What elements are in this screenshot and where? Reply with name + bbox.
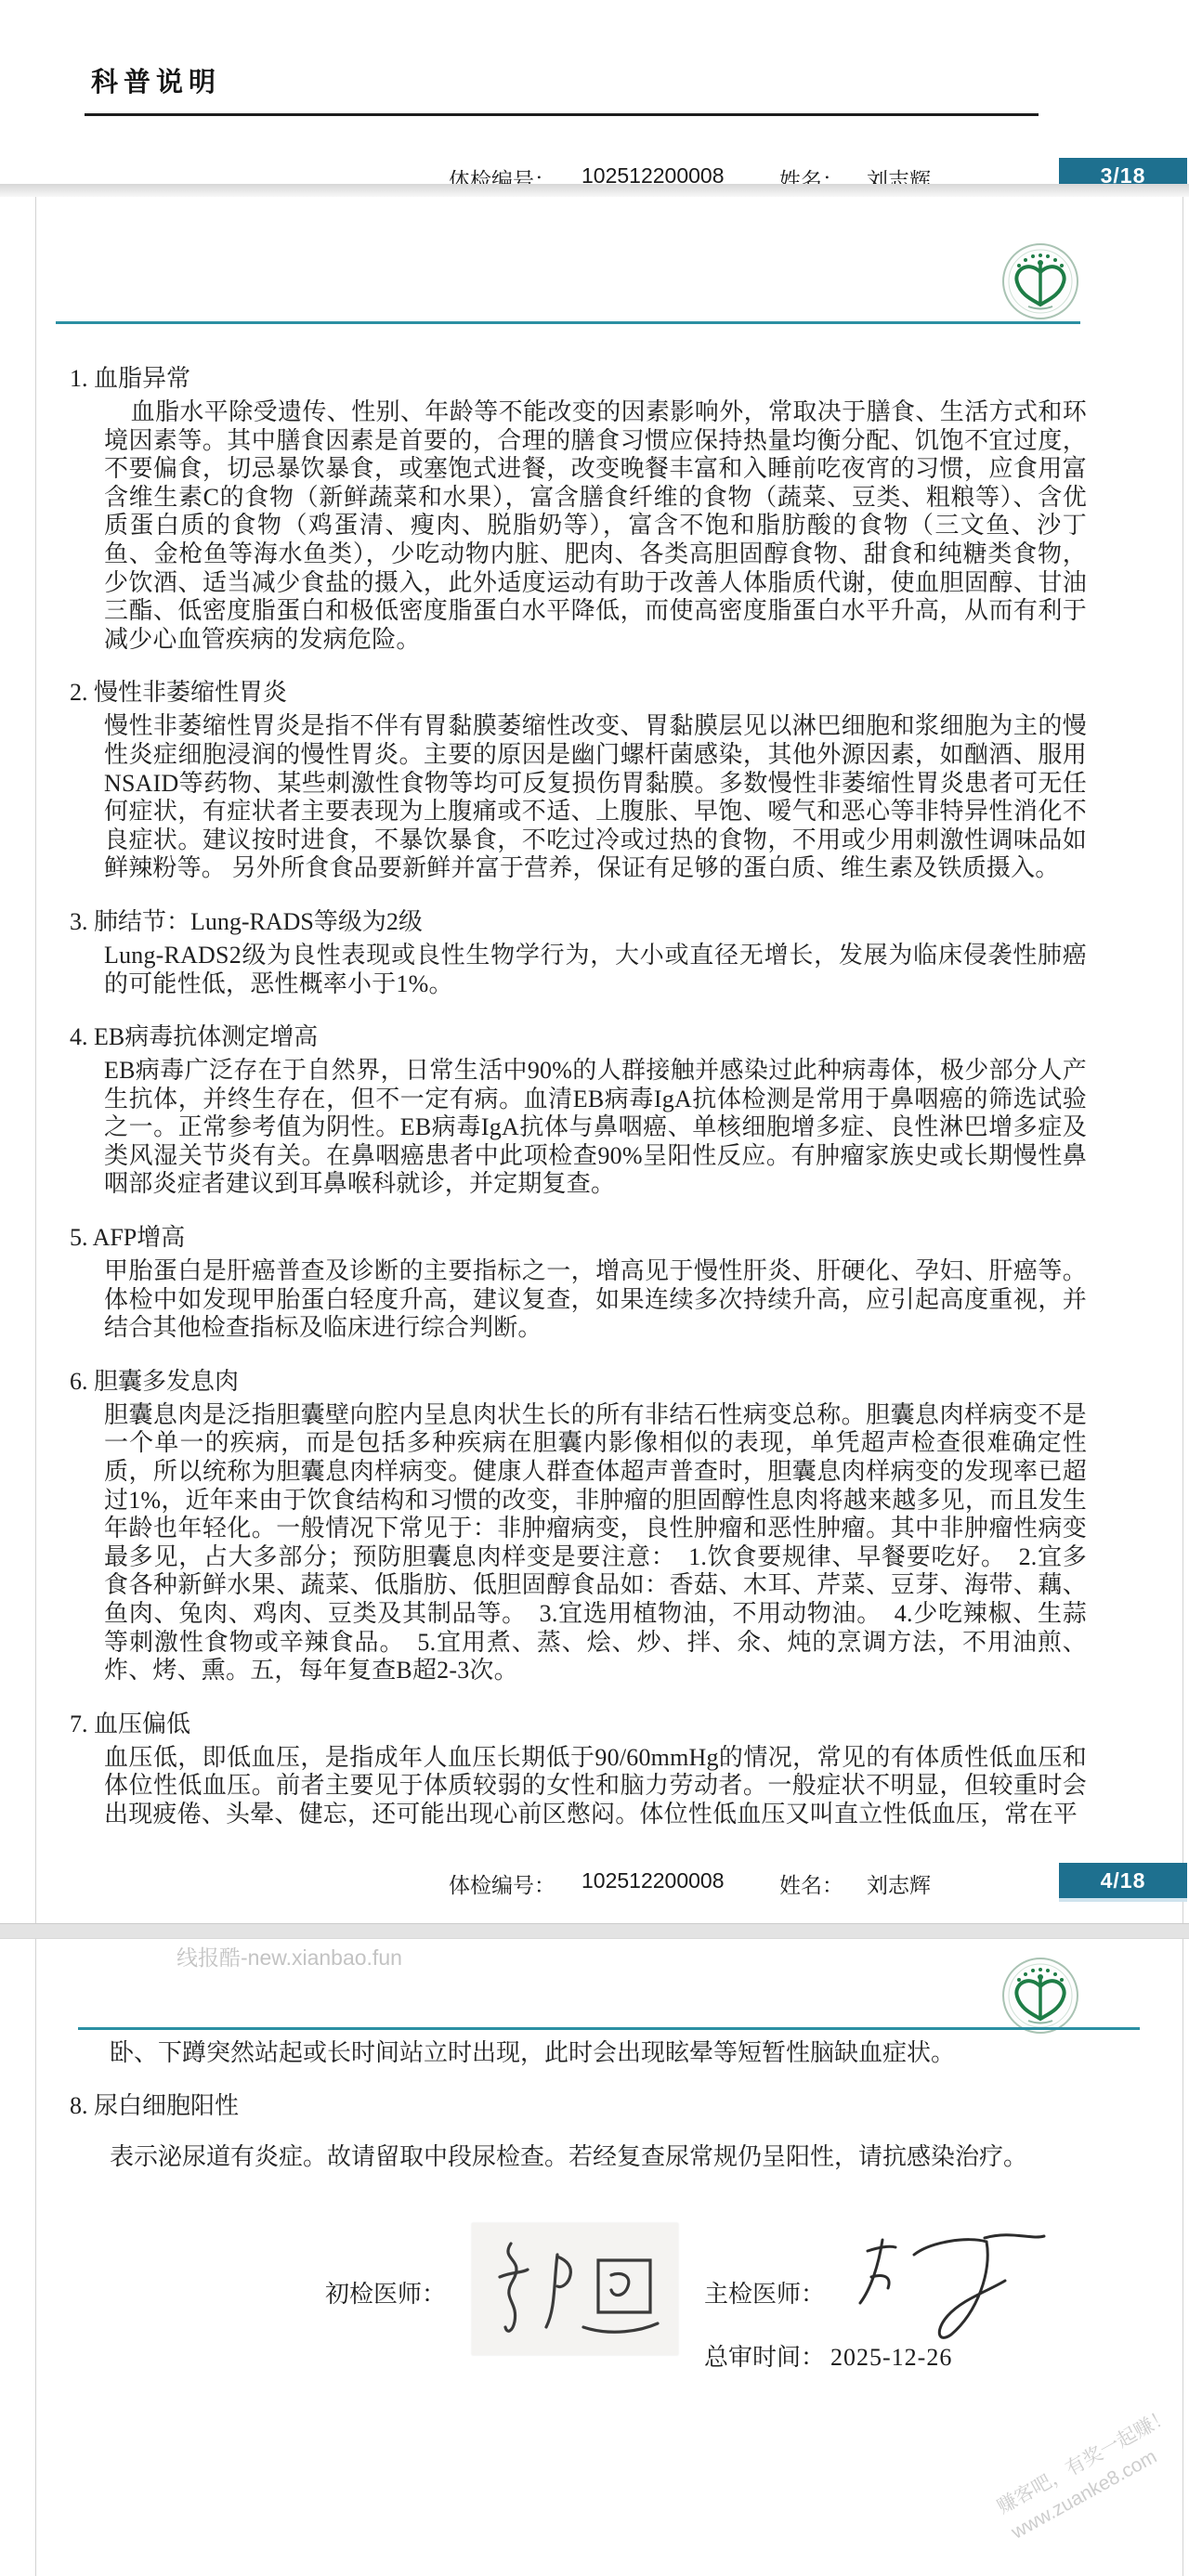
- hospital-logo-icon: [1000, 1956, 1080, 2036]
- hospital-logo-icon: [1000, 241, 1080, 321]
- section-4-heading: 4. EB病毒抗体测定增高: [70, 1022, 1088, 1051]
- section-6-body: 胆囊息肉是泛指胆囊壁向腔内呈息肉状生长的所有非结石性病变总称。胆囊息肉样病变不是…: [104, 1401, 1087, 1685]
- section-8-body: 表示泌尿道有炎症。故请留取中段尿检查。若经复查尿常规仍呈阳性，请抗感染治疗。: [110, 2143, 1096, 2172]
- page-left-edge: [35, 197, 36, 2576]
- review-time-value: 2025-12-26: [830, 2344, 952, 2371]
- review-time-label: 总审时间：: [704, 2344, 825, 2371]
- page-break-divider: [0, 1923, 1189, 1939]
- section-1-heading: 1. 血脂异常: [70, 364, 1088, 393]
- patient-info-bar-page4: 体检编号： 102512200008 姓名： 刘志辉 4/18: [0, 1861, 1189, 1902]
- site-watermark: 线报酷-new.xianbao.fun: [176, 1941, 402, 1971]
- page-number-badge: 4/18: [1059, 1863, 1187, 1898]
- section-3-body: Lung-RADS2级为良性表现或良性生物学行为，大小或直径无增长，发展为临床侵…: [104, 942, 1087, 998]
- first-examiner-label: 初检医师：: [325, 2275, 446, 2309]
- title-divider: [85, 113, 1039, 116]
- section-7-continuation: 卧、下蹲突然站起或长时间站立时出现，此时会出现眩晕等短暂性脑缺血症状。: [110, 2039, 1096, 2068]
- exam-no-value: 102512200008: [581, 1868, 725, 1893]
- page-top-shadow: [0, 184, 1189, 197]
- name-value: 刘志辉: [867, 1868, 931, 1899]
- exam-no-label: 体检编号：: [449, 1868, 555, 1899]
- page3-header-rule: [56, 321, 1080, 324]
- section-4-body: EB病毒广泛存在于自然界，日常生活中90%的人群接触并感染过此种病毒体，极少部分…: [104, 1057, 1087, 1199]
- section-2-body: 慢性非萎缩性胃炎是指不伴有胃黏膜萎缩性改变、胃黏膜层见以淋巴细胞和浆细胞为主的慢…: [104, 712, 1087, 883]
- section-3-heading: 3. 肺结节：Lung-RADS等级为2级: [70, 907, 1088, 936]
- page4-header-rule: [78, 2027, 1140, 2030]
- page3-content: 1. 血脂异常 血脂水平除受遗传、性别、年龄等不能改变的因素影响外，常取决于膳食…: [70, 364, 1088, 1829]
- corner-watermark: 赚客吧，有奖一起赚！ www.zuanke8.com: [992, 2401, 1189, 2546]
- first-examiner-signature: [472, 2223, 678, 2355]
- chief-examiner-label: 主检医师：: [704, 2275, 825, 2309]
- section-6-heading: 6. 胆囊多发息肉: [70, 1367, 1088, 1396]
- section-5-heading: 5. AFP增高: [70, 1223, 1088, 1252]
- section-7-heading: 7. 血压偏低: [70, 1710, 1088, 1738]
- page-title: 科普说明: [91, 61, 221, 99]
- page-right-edge: [1182, 197, 1183, 2576]
- health-report-document: 科普说明 体检编号： 102512200008 姓名： 刘志辉 3/18: [0, 0, 1189, 2576]
- name-label: 姓名：: [779, 1868, 843, 1899]
- section-8-heading: 8. 尿白细胞阳性: [70, 2091, 239, 2120]
- section-1-body: 血脂水平除受遗传、性别、年龄等不能改变的因素影响外，常取决于膳食、生活方式和环境…: [104, 398, 1087, 654]
- section-5-body: 甲胎蛋白是肝癌普查及诊断的主要指标之一，增高见于慢性肝炎、肝硬化、孕妇、肝癌等。…: [104, 1257, 1087, 1343]
- section-7-body: 血压低，即低血压，是指成年人血压长期低于90/60mmHg的情况，常见的有体质性…: [104, 1744, 1087, 1829]
- chief-examiner-signature: [847, 2227, 1052, 2351]
- review-time-row: 总审时间：2025-12-26: [704, 2338, 952, 2373]
- section-2-heading: 2. 慢性非萎缩性胃炎: [70, 678, 1088, 707]
